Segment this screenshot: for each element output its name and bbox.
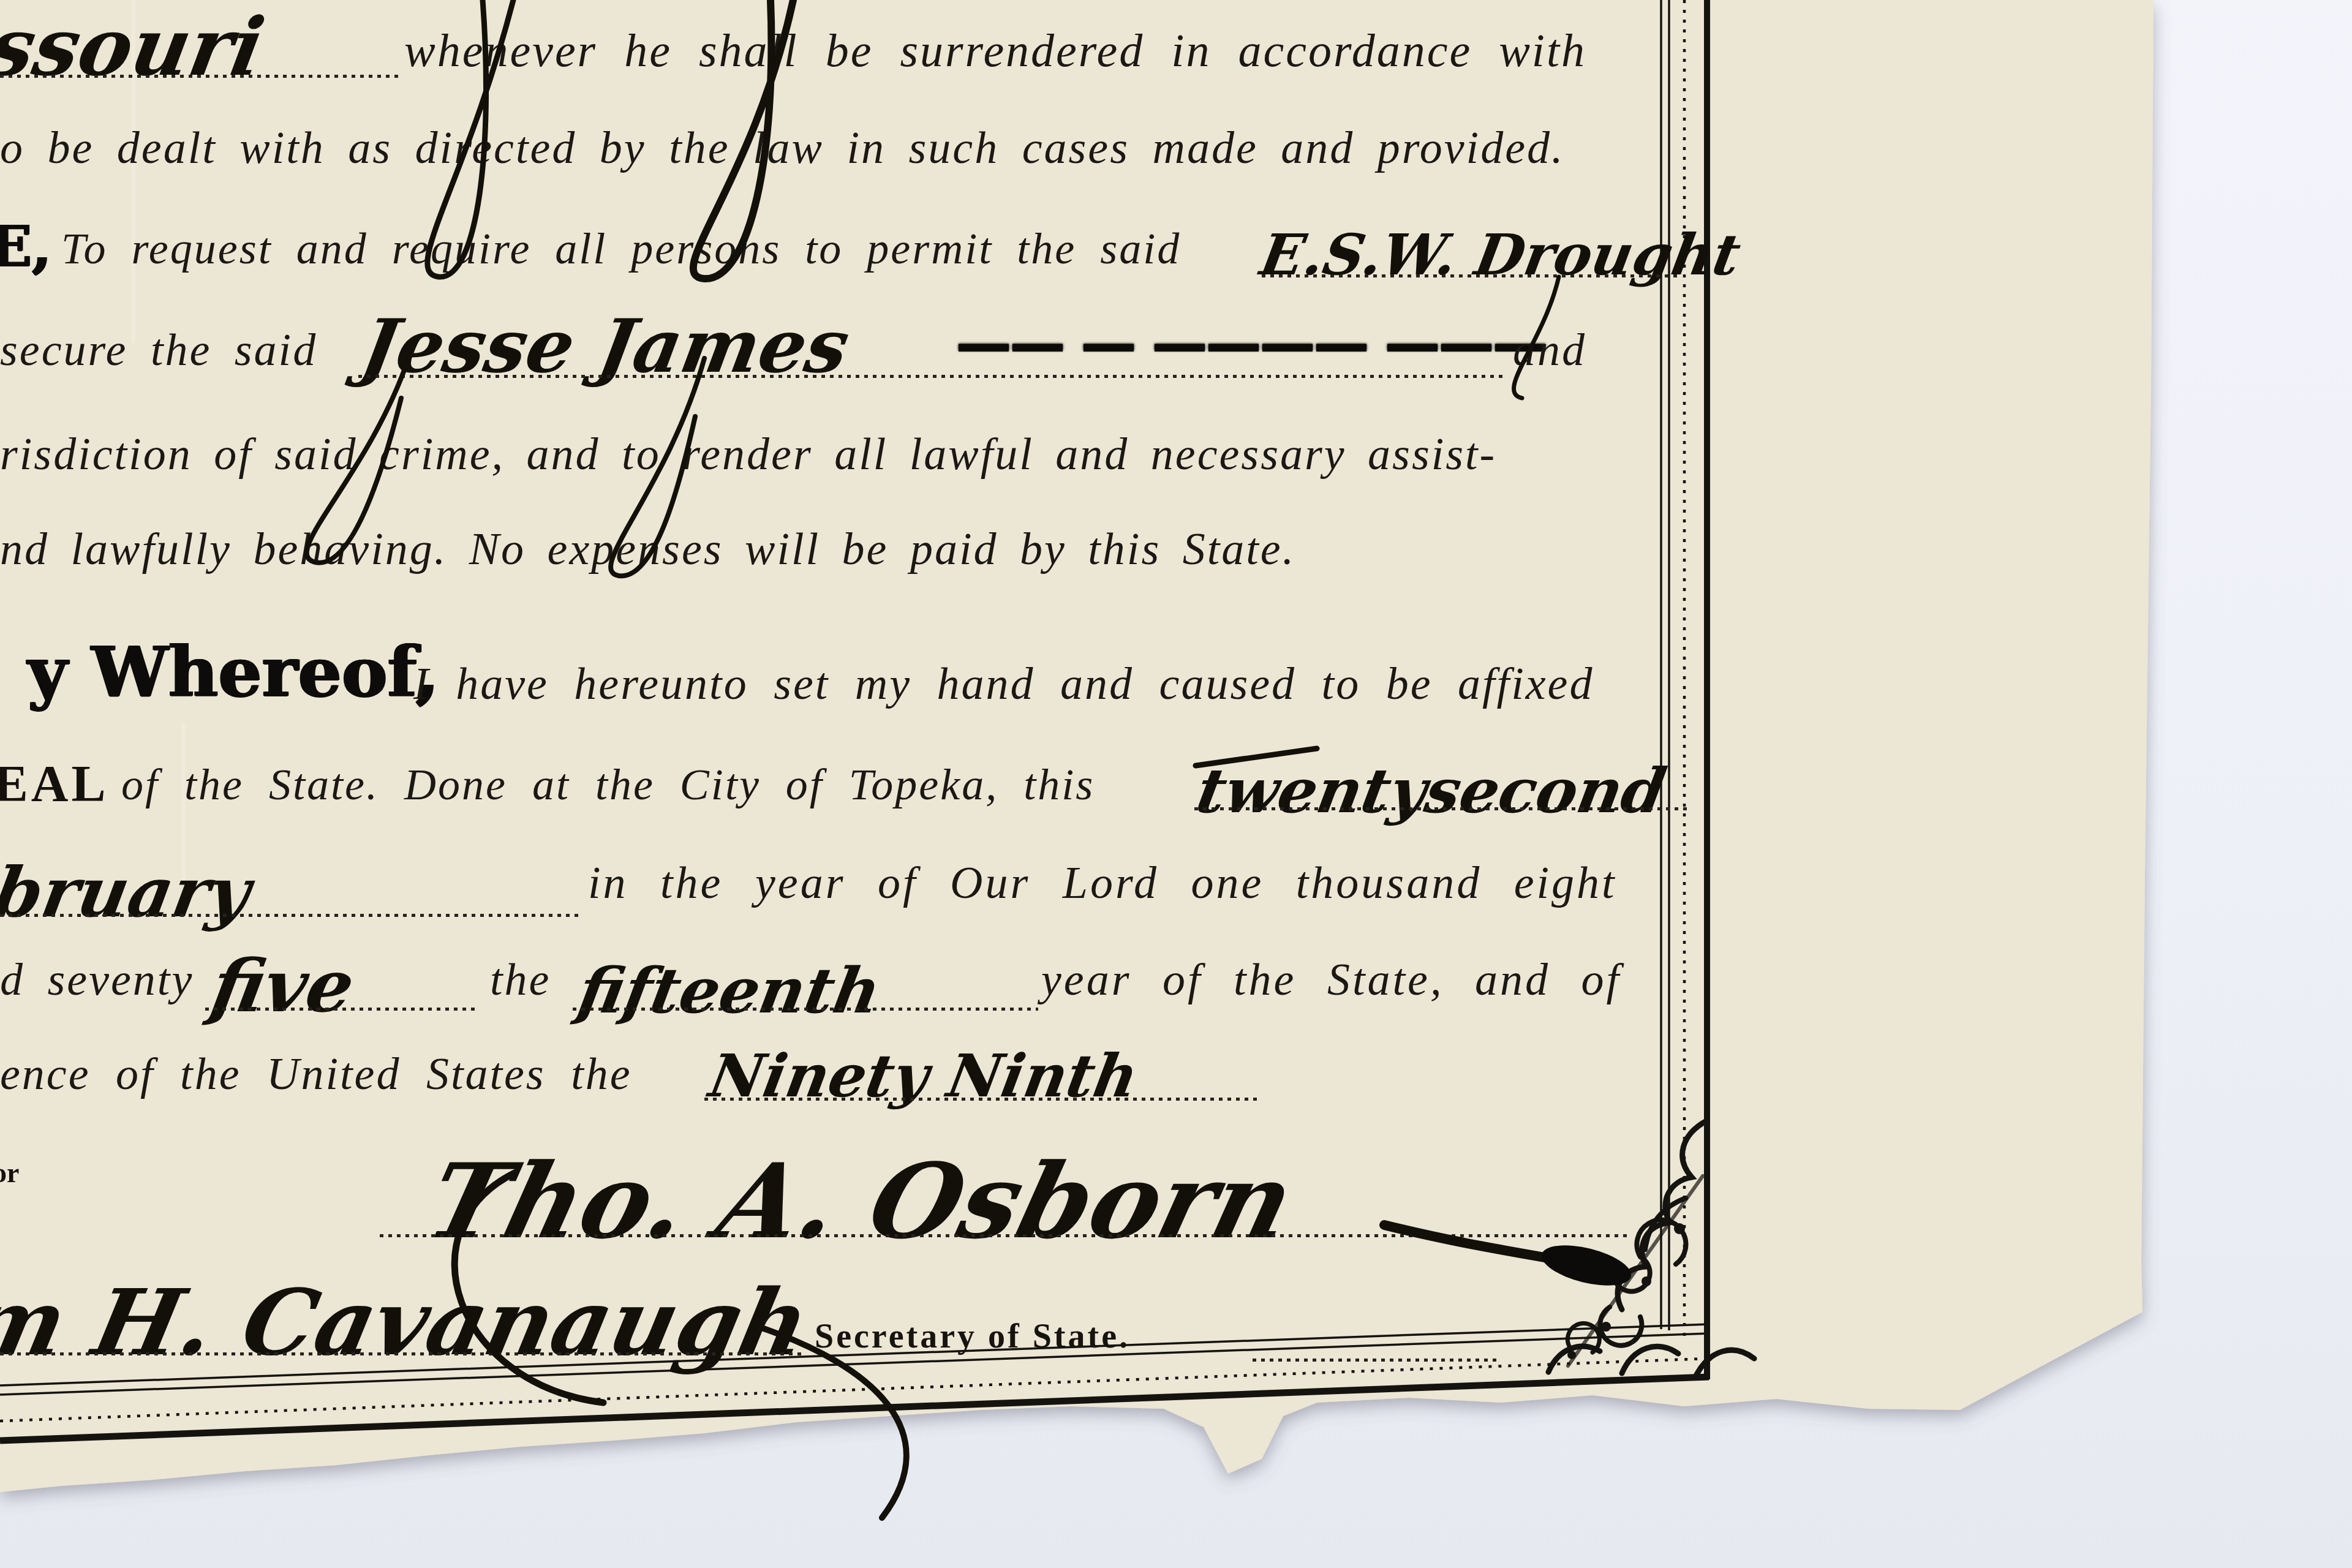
printed-seventy-fragment: d seventy — [0, 954, 194, 1006]
printed-done-at-clause: of the State. Done at the City of Topeka… — [121, 759, 1095, 810]
printed-the: the — [490, 954, 551, 1006]
dotted-fill-line — [573, 1008, 1038, 1011]
dotted-fill-line — [0, 75, 398, 78]
governor-label-fragment: or — [0, 1156, 19, 1189]
document-text-layer: ssouri whenever he shall be surrendered … — [0, 0, 2352, 1568]
printed-expenses-clause: nd lawfully behaving. No expenses will b… — [0, 524, 1295, 576]
governor-signature: Tho. A. Osborn — [417, 1140, 1305, 1262]
printed-year-clause: in the year of Our Lord one thousand eig… — [588, 858, 1617, 910]
state-year-handwritten: fifteenth — [573, 954, 886, 1028]
photo-of-document: ssouri whenever he shall be surrendered … — [0, 0, 2352, 1568]
dotted-fill-line — [704, 1098, 1259, 1101]
printed-independence-clause: ence of the United States the — [0, 1049, 632, 1101]
dotted-fill-line — [380, 1234, 1629, 1237]
seal-caps-fragment: SEAL — [0, 755, 108, 814]
agent-name-handwritten: E.S.W. Drought — [1256, 222, 1746, 288]
section-initial-gothic-fragment: E, — [0, 213, 51, 279]
printed-and: and — [1513, 325, 1586, 377]
gothic-whereof-fragment: y Whereof, — [28, 632, 439, 712]
printed-surrender-clause: whenever he shall be surrendered in acco… — [404, 24, 1586, 78]
dotted-fill-line — [1253, 1359, 1498, 1362]
printed-jurisdiction-clause: risdiction of said crime, and to render … — [0, 429, 1496, 481]
month-handwritten-fragment: bruary — [0, 853, 257, 933]
printed-testimony-clause: I have hereunto set my hand and caused t… — [413, 658, 1594, 710]
printed-state-year-clause: year of the State, and of — [1041, 954, 1621, 1006]
dotted-fill-line — [1194, 807, 1687, 810]
missouri-handwritten-fragment: ssouri — [0, 0, 271, 94]
dotted-fill-line — [1262, 274, 1681, 277]
printed-request-clause: To request and require all persons to pe… — [61, 224, 1181, 274]
dotted-fill-line — [0, 1352, 802, 1355]
secretary-signature: m H. Cavanaugh — [0, 1269, 818, 1376]
dotted-fill-line — [0, 914, 579, 917]
dotted-fill-line — [205, 1008, 478, 1011]
printed-law-clause: o be dealt with as directed by the law i… — [0, 123, 1565, 175]
day-handwritten: twentysecond — [1191, 755, 1672, 827]
ink-smudge-dashes: —— — ———— ——— — [956, 309, 1546, 375]
dotted-fill-line — [358, 375, 1507, 378]
year-five-handwritten: five — [205, 943, 361, 1028]
printed-secure-clause: secure the said — [0, 325, 317, 377]
secretary-title: Secretary of State. — [815, 1317, 1130, 1356]
